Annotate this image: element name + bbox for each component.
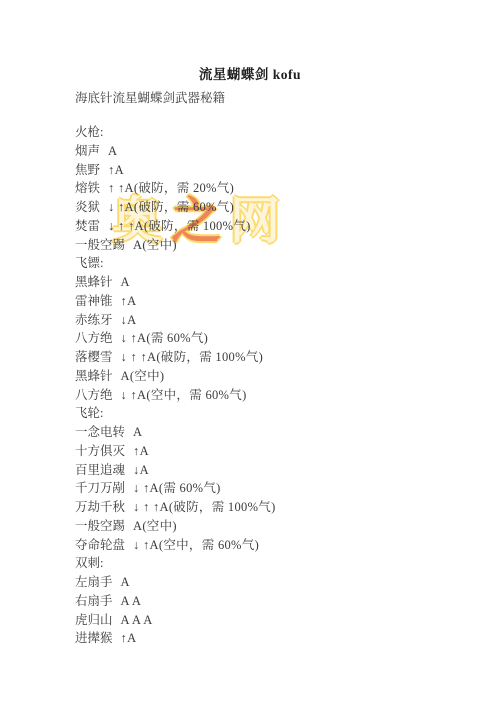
section-title: 飞镖: <box>75 254 480 273</box>
move-command: A <box>121 575 130 589</box>
move-command: ↓A <box>133 463 149 477</box>
move-command: A <box>133 425 142 439</box>
move-row: 百里追魂↓A <box>75 461 480 480</box>
move-name: 八方绝 <box>75 331 113 345</box>
move-row: 右扇手A A <box>75 592 480 611</box>
move-row: 十方俱灭↑A <box>75 442 480 461</box>
move-command: ↓ ↑A(空中，需 60%气) <box>121 388 247 402</box>
section-title: 火枪: <box>75 123 480 142</box>
move-command: ↓ ↑A(空中，需 60%气) <box>133 538 259 552</box>
move-name: 左扇手 <box>75 575 113 589</box>
move-name: 焦野 <box>75 163 100 177</box>
move-command: A <box>121 275 130 289</box>
move-name: 夺命轮盘 <box>75 538 125 552</box>
move-name: 黑蜂针 <box>75 275 113 289</box>
move-row: 左扇手A <box>75 573 480 592</box>
move-row: 炎狱↓ ↑A(破防，需 60%气) <box>75 198 480 217</box>
move-name: 赤练牙 <box>75 313 113 327</box>
move-name: 熔铁 <box>75 181 100 195</box>
move-row: 一般空踢A(空中) <box>75 517 480 536</box>
move-row: 千刀万剐↓ ↑A(需 60%气) <box>75 479 480 498</box>
move-name: 黑蜂针 <box>75 369 113 383</box>
move-row: 进撵猴↑A <box>75 629 480 648</box>
move-row: 八方绝↓ ↑A(空中，需 60%气) <box>75 386 480 405</box>
move-name: 虎归山 <box>75 613 113 627</box>
move-name: 炎狱 <box>75 200 100 214</box>
move-name: 一般空踢 <box>75 519 125 533</box>
move-name: 一般空踢 <box>75 238 125 252</box>
document-page: 流星蝴蝶剑 kofu 海底针流星蝴蝶剑武器秘籍 奥之网 火枪:烟声A焦野↑A熔铁… <box>0 0 500 707</box>
moves-list: 火枪:烟声A焦野↑A熔铁↑ ↑A(破防，需 20%气)炎狱↓ ↑A(破防，需 6… <box>75 123 480 648</box>
move-row: 夺命轮盘↓ ↑A(空中，需 60%气) <box>75 536 480 555</box>
move-row: 焚雷↓ ↑ ↑A(破防，需 100%气) <box>75 217 480 236</box>
move-command: ↑ ↑A(破防，需 20%气) <box>108 181 234 195</box>
move-name: 进撵猴 <box>75 631 113 645</box>
move-row: 虎归山A A A <box>75 611 480 630</box>
page-subtitle: 海底针流星蝴蝶剑武器秘籍 <box>75 88 225 106</box>
move-command: ↓ ↑A(破防，需 60%气) <box>108 200 234 214</box>
move-command: ↓ ↑A(需 60%气) <box>133 481 221 495</box>
move-command: ↓A <box>121 313 137 327</box>
move-name: 雷神锥 <box>75 294 113 308</box>
move-command: A A <box>121 594 142 608</box>
move-name: 落樱雪 <box>75 350 113 364</box>
move-row: 万劫千秋↓ ↑ ↑A(破防，需 100%气) <box>75 498 480 517</box>
move-name: 烟声 <box>75 144 100 158</box>
move-command: ↑A <box>108 163 124 177</box>
move-command: A <box>108 144 117 158</box>
move-name: 八方绝 <box>75 388 113 402</box>
move-command: ↑A <box>121 631 137 645</box>
move-row: 八方绝↓ ↑A(需 60%气) <box>75 329 480 348</box>
move-command: A A A <box>121 613 153 627</box>
move-name: 千刀万剐 <box>75 481 125 495</box>
move-row: 一般空踢A(空中) <box>75 236 480 255</box>
move-name: 万劫千秋 <box>75 500 125 514</box>
move-command: ↑A <box>133 444 149 458</box>
move-name: 右扇手 <box>75 594 113 608</box>
move-command: A(空中) <box>121 369 165 383</box>
move-row: 黑蜂针A <box>75 273 480 292</box>
move-name: 十方俱灭 <box>75 444 125 458</box>
move-command: A(空中) <box>133 519 177 533</box>
move-row: 一念电转A <box>75 423 480 442</box>
move-name: 一念电转 <box>75 425 125 439</box>
move-command: ↓ ↑ ↑A(破防，需 100%气) <box>133 500 276 514</box>
move-command: ↓ ↑ ↑A(破防，需 100%气) <box>108 219 251 233</box>
move-name: 焚雷 <box>75 219 100 233</box>
move-row: 焦野↑A <box>75 161 480 180</box>
move-command: A(空中) <box>133 238 177 252</box>
move-command: ↓ ↑A(需 60%气) <box>121 331 209 345</box>
page-title: 流星蝴蝶剑 kofu <box>0 63 500 83</box>
move-row: 雷神锥↑A <box>75 292 480 311</box>
section-title: 双刺: <box>75 554 480 573</box>
move-row: 落樱雪↓ ↑ ↑A(破防，需 100%气) <box>75 348 480 367</box>
move-row: 赤练牙↓A <box>75 311 480 330</box>
move-row: 熔铁↑ ↑A(破防，需 20%气) <box>75 179 480 198</box>
move-name: 百里追魂 <box>75 463 125 477</box>
move-row: 烟声A <box>75 142 480 161</box>
move-command: ↑A <box>121 294 137 308</box>
move-row: 黑蜂针A(空中) <box>75 367 480 386</box>
section-title: 飞轮: <box>75 404 480 423</box>
move-command: ↓ ↑ ↑A(破防，需 100%气) <box>121 350 264 364</box>
